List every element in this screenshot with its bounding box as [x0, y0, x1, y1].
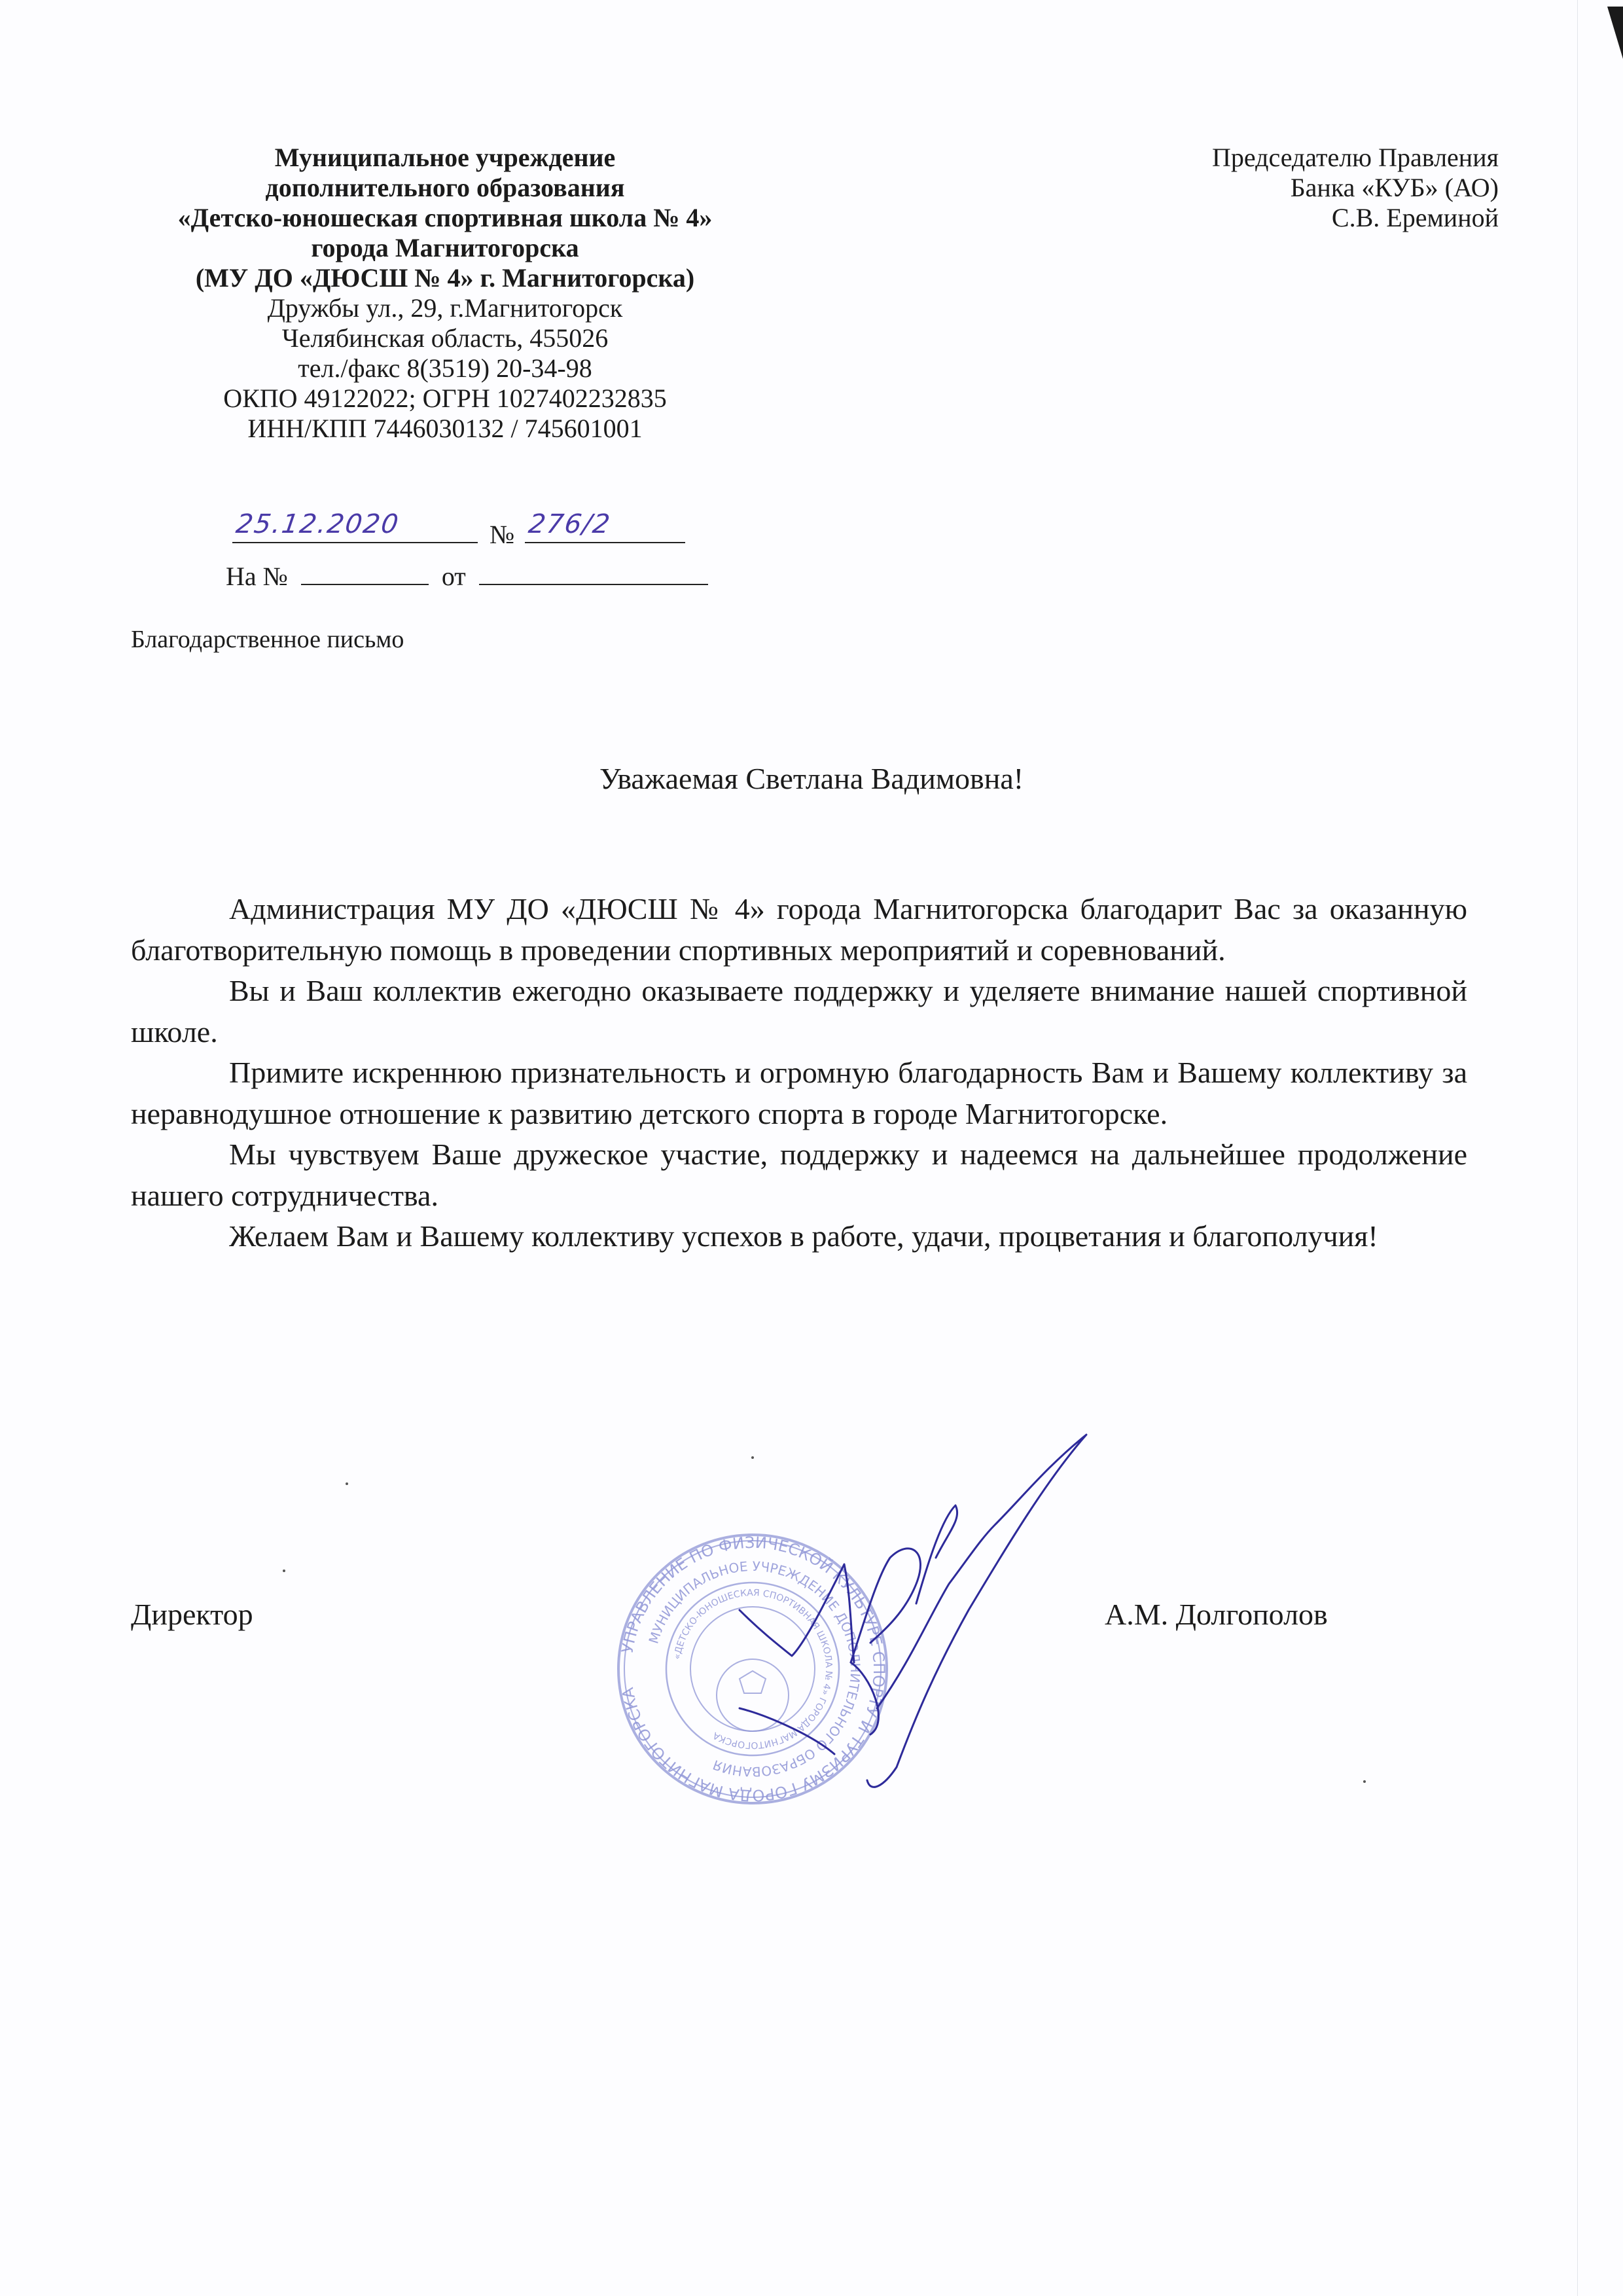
phone-fax: тел./факс 8(3519) 20-34-98 — [131, 353, 759, 384]
address-street: Дружбы ул., 29, г.Магнитогорск — [131, 293, 759, 323]
body-paragraph: Примите искреннюю признательность и огро… — [131, 1052, 1467, 1134]
date-field: 25.12.2020 — [232, 516, 478, 543]
okpo-ogrn: ОКПО 49122022; ОГРН 1027402232835 — [131, 384, 759, 414]
outgoing-registration: 25.12.2020 № 276/2 — [232, 516, 685, 550]
document-type: Благодарственное письмо — [131, 625, 404, 654]
recipient-name: С.В. Ереминой — [1041, 203, 1499, 233]
letter-page: Муниципальное учреждение дополнительного… — [0, 0, 1623, 2296]
signatory-role: Директор — [131, 1597, 253, 1632]
org-name-line: «Детско-юношеская спортивная школа № 4» — [131, 203, 759, 233]
sender-block: Муниципальное учреждение дополнительного… — [131, 143, 759, 444]
org-name-line: дополнительного образования — [131, 173, 759, 203]
body-paragraph: Вы и Ваш коллектив ежегодно оказываете п… — [131, 971, 1467, 1052]
reply-registration: На № от — [226, 558, 708, 592]
salutation: Уважаемая Светлана Вадимовна! — [0, 761, 1623, 796]
director-signature-icon — [654, 1427, 1113, 1793]
scan-edge-line — [1577, 0, 1578, 2296]
recipient-organization: Банка «КУБ» (АО) — [1041, 173, 1499, 203]
number-label: № — [490, 520, 514, 549]
org-short-name: (МУ ДО «ДЮСШ № 4» г. Магнитогорска) — [131, 263, 759, 293]
inn-kpp: ИНН/КПП 7446030132 / 745601001 — [131, 414, 759, 444]
scan-speck — [346, 1482, 348, 1485]
recipient-position: Председателю Правления — [1041, 143, 1499, 173]
handwritten-date: 25.12.2020 — [234, 509, 401, 539]
signatory-name: А.М. Долгополов — [1105, 1597, 1328, 1632]
scan-edge-shadow — [1592, 7, 1623, 85]
reply-number-field — [301, 558, 429, 585]
number-field: 276/2 — [525, 516, 685, 543]
reply-number-label: На № — [226, 562, 288, 591]
scan-speck — [1363, 1780, 1366, 1783]
org-name-line: Муниципальное учреждение — [131, 143, 759, 173]
reply-date-field — [479, 558, 708, 585]
body-paragraph: Мы чувствуем Ваше дружеское участие, под… — [131, 1134, 1467, 1216]
address-region: Челябинская область, 455026 — [131, 323, 759, 353]
handwritten-number: 276/2 — [527, 509, 613, 539]
scan-speck — [751, 1456, 754, 1459]
org-name-line: города Магнитогорска — [131, 233, 759, 263]
body-paragraph: Администрация МУ ДО «ДЮСШ № 4» города Ма… — [131, 889, 1467, 971]
reply-from-label: от — [442, 562, 466, 591]
scan-speck — [283, 1570, 285, 1572]
letter-body: Администрация МУ ДО «ДЮСШ № 4» города Ма… — [131, 889, 1467, 1257]
recipient-block: Председателю Правления Банка «КУБ» (АО) … — [1041, 143, 1499, 233]
body-paragraph: Желаем Вам и Вашему коллективу успехов в… — [131, 1216, 1467, 1257]
